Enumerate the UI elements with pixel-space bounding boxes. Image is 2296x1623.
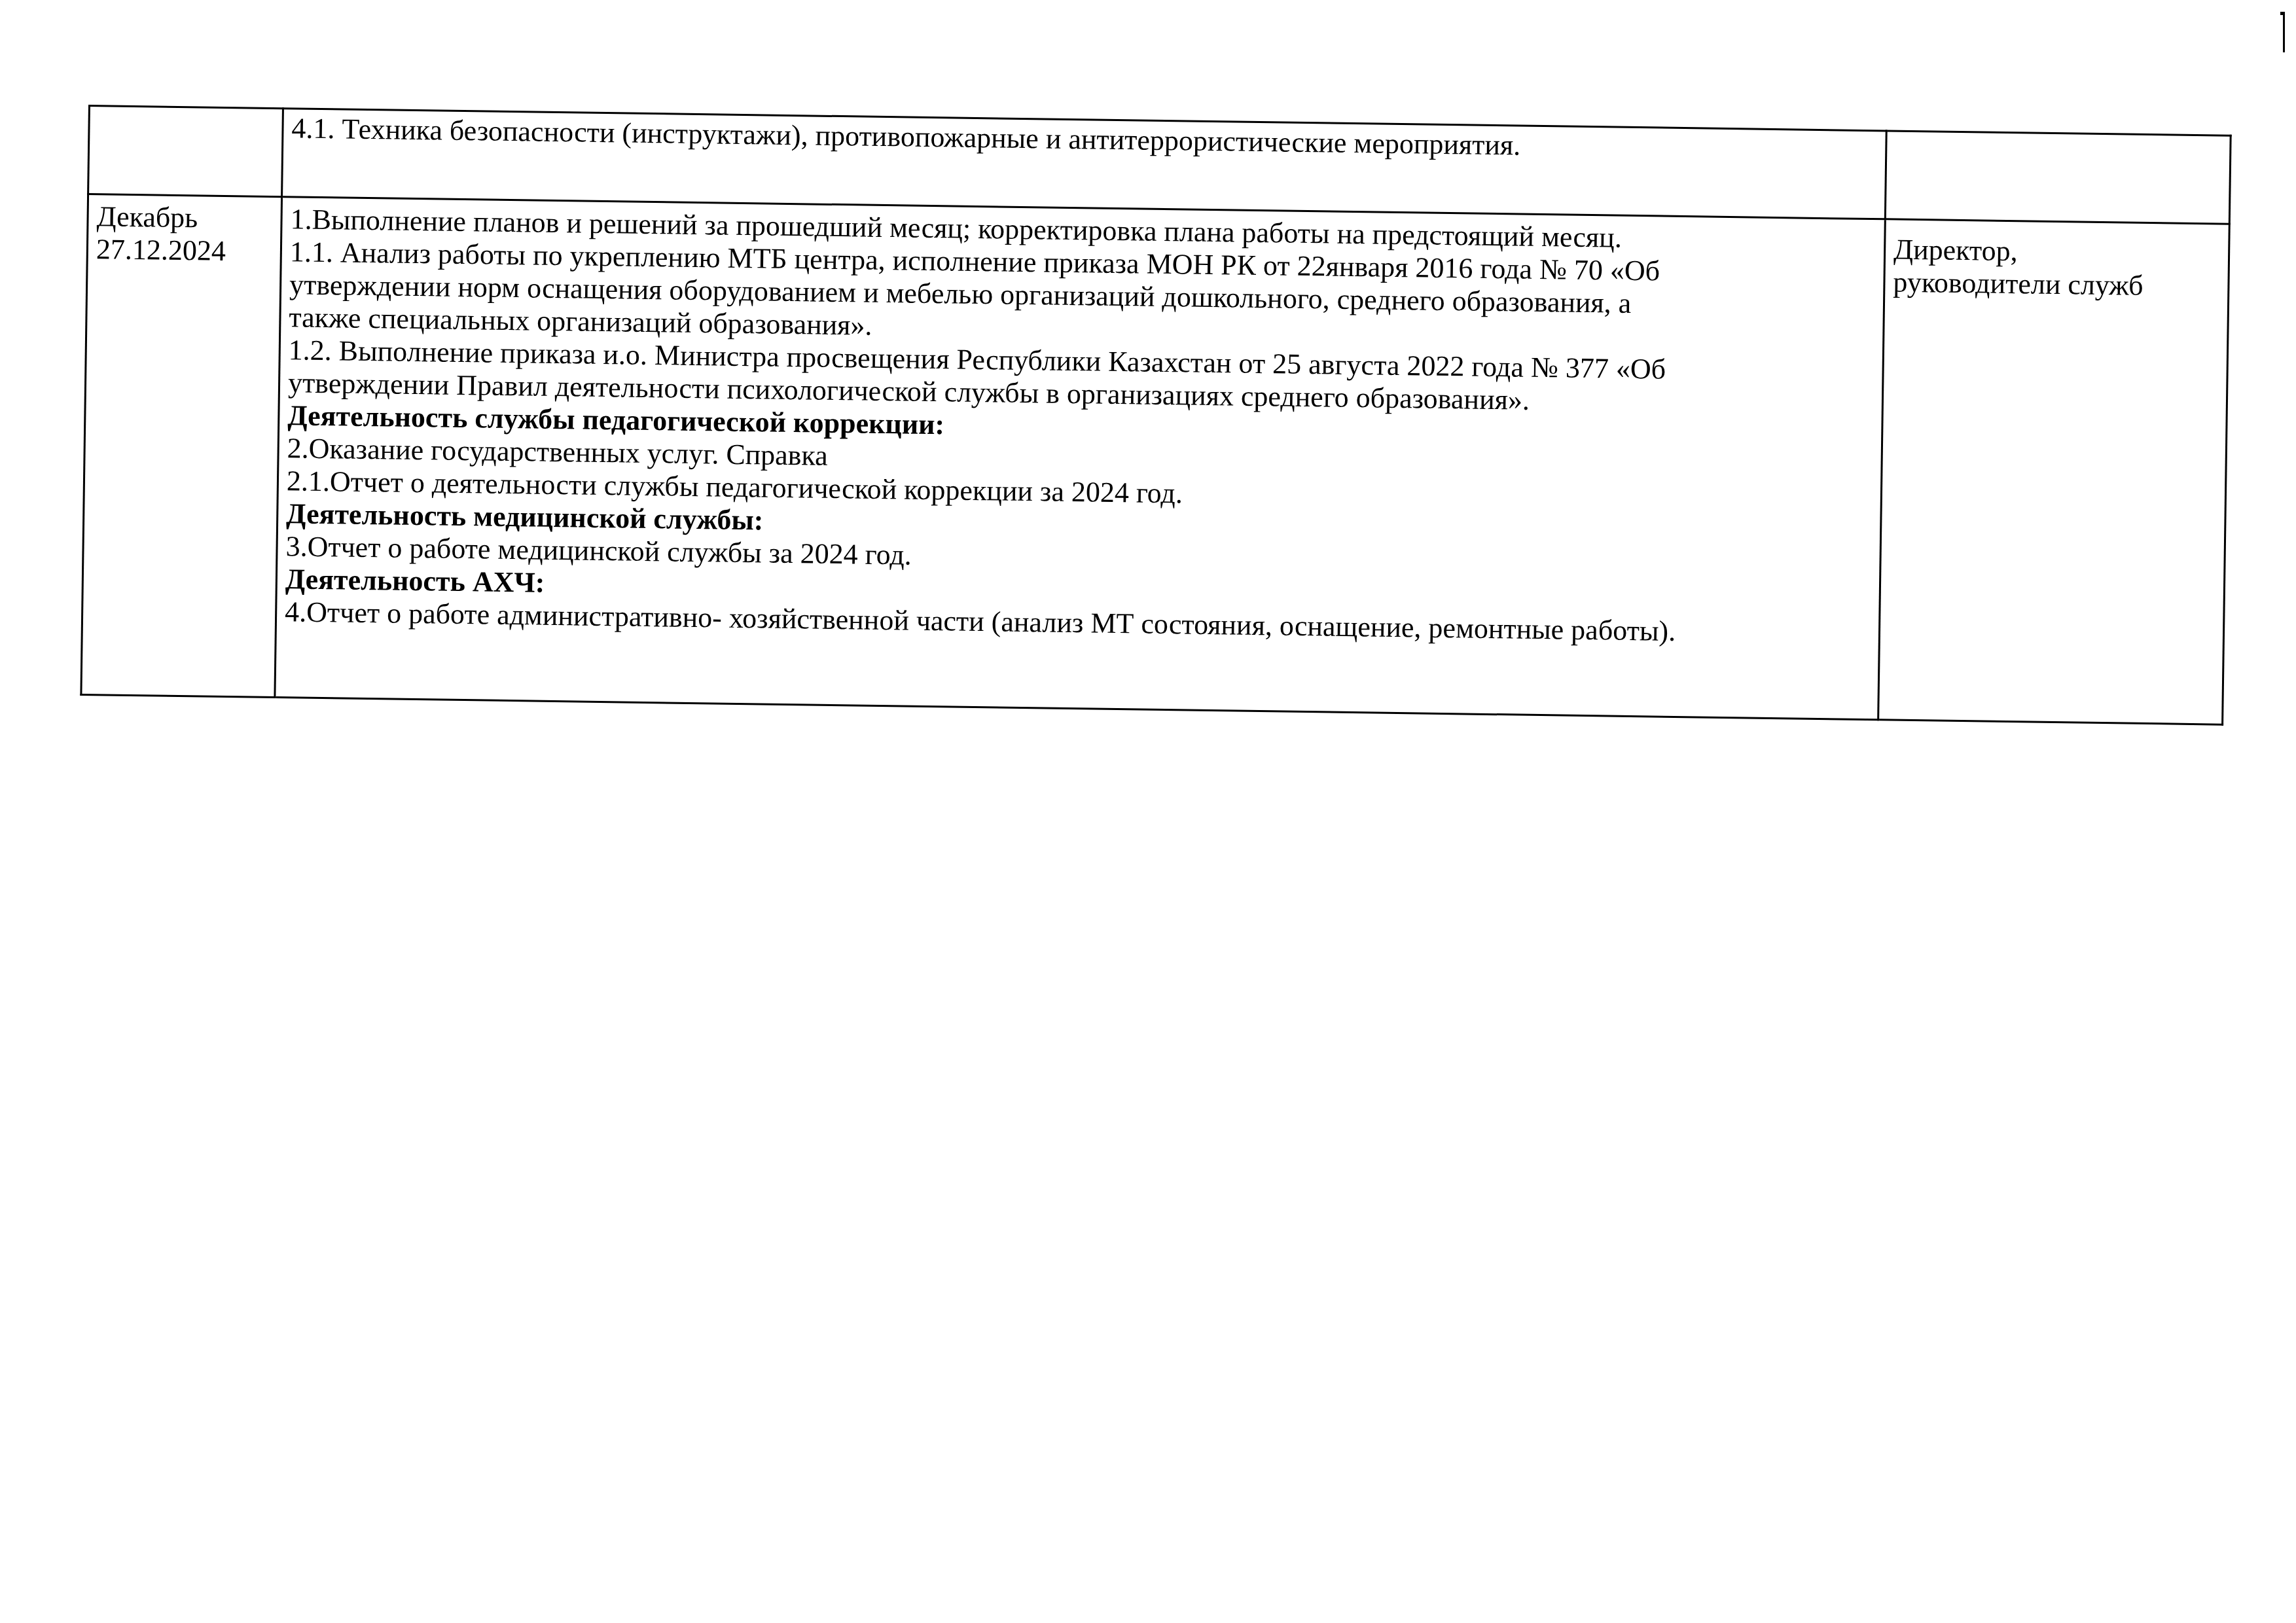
responsible-cell: Директор, руководители служб bbox=[1878, 219, 2230, 724]
responsible-cell bbox=[1885, 131, 2231, 224]
responsible-label: Директор, bbox=[1893, 234, 2219, 271]
table-row: Декабрь 27.12.2024 1.Выполнение планов и… bbox=[81, 194, 2229, 725]
responsible-label: руководители служб bbox=[1893, 266, 2219, 304]
date-cell: Декабрь 27.12.2024 bbox=[81, 194, 282, 698]
work-plan-table-wrapper: 4.1. Техника безопасности (инструктажи),… bbox=[80, 105, 2229, 726]
date-label bbox=[98, 109, 273, 112]
scan-artifact-mark bbox=[2283, 12, 2285, 52]
activity-item: 4.1. Техника безопасности (инструктажи),… bbox=[291, 112, 1876, 167]
activities-cell: 1.Выполнение планов и решений за прошедш… bbox=[275, 197, 1885, 720]
month-label: Декабрь bbox=[96, 200, 272, 236]
date-cell bbox=[88, 106, 283, 197]
document-page: 4.1. Техника безопасности (инструктажи),… bbox=[0, 0, 2296, 1623]
month-label bbox=[98, 109, 273, 112]
responsible-label bbox=[1895, 145, 2220, 150]
work-plan-table: 4.1. Техника безопасности (инструктажи),… bbox=[80, 105, 2231, 726]
date-label: 27.12.2024 bbox=[96, 233, 272, 268]
